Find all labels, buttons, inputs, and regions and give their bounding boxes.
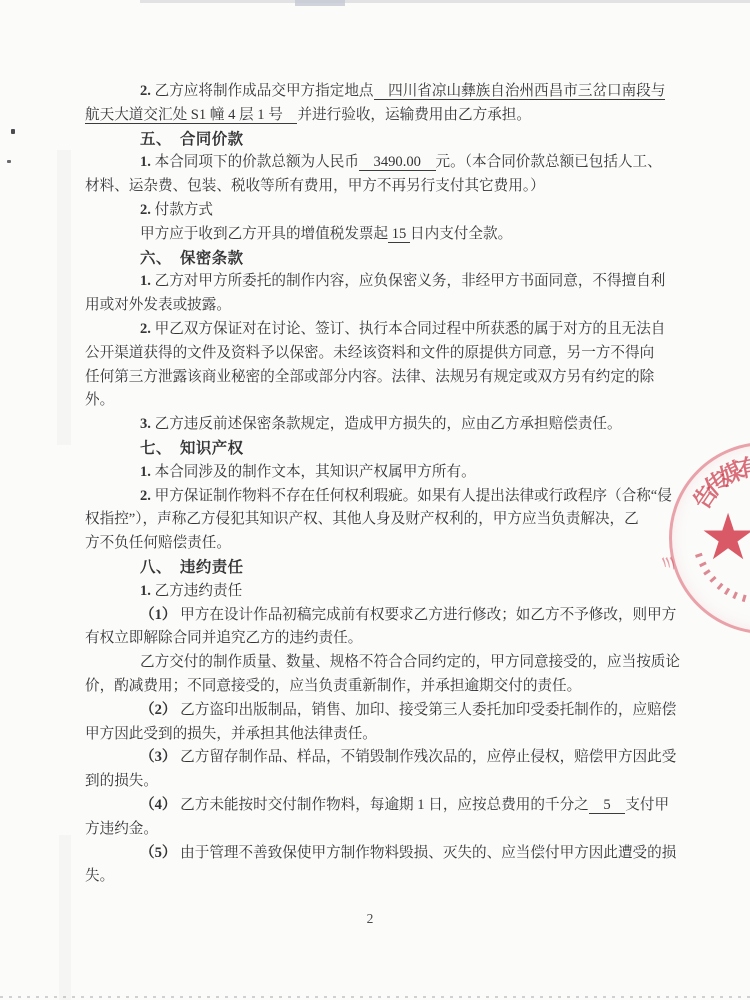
seal-tick xyxy=(710,576,717,582)
text-segment: 甲方保证制作物料不存在任何权利瑕疵。如果有人提出法律或行政程序（合称“侵 xyxy=(155,488,672,504)
seal-text-char: 有 xyxy=(734,448,750,485)
text-line: 公开渠道获得的文件及资料予以保密。未经该资料和文件的原提供方同意，另一方不得向 xyxy=(85,342,685,366)
fill-in-value: 5 xyxy=(589,797,626,814)
list-number: 1. xyxy=(140,464,155,480)
text-segment: 用或对外发表或披露。 xyxy=(85,297,231,313)
section-heading: 五、 合同价款 xyxy=(85,128,685,152)
text-segment: 乙方交付的制作质量、数量、规格不符合合同约定的，甲方同意接受的，应当按质论 xyxy=(140,654,680,670)
text-line: 有权立即解除合同并追究乙方的违约责任。 xyxy=(85,627,685,651)
text-line: 乙方交付的制作质量、数量、规格不符合合同约定的，甲方同意接受的，应当按质论 xyxy=(85,651,685,675)
seal-tick xyxy=(699,561,706,566)
list-number: 2. xyxy=(140,202,155,218)
text-segment: 乙方留存制作品、样品，不销毁制作残次品的，应停止侵权，赔偿甲方因此受 xyxy=(177,749,677,765)
text-segment: 甲方在设计作品初稿完成前有权要求乙方进行修改；如乙方不予修改，则甲方 xyxy=(177,607,677,623)
text-segment: 支付甲 xyxy=(625,797,669,813)
list-number: 2. xyxy=(140,83,155,99)
text-segment: 甲方因此受到的损失，并承担其他法律责任。 xyxy=(85,726,377,742)
text-line: 1. 乙方违约责任 xyxy=(85,580,685,604)
text-segment: 并进行验收，运输费用由乙方承担。 xyxy=(297,107,531,123)
text-segment: 甲乙双方保证对在讨论、签订、执行本合同过程中所获悉的属于对方的且无法自 xyxy=(155,321,666,337)
text-line: （3） 乙方留存制作品、样品，不销毁制作残次品的，应停止侵权，赔偿甲方因此受 xyxy=(85,746,685,770)
text-segment: 失。 xyxy=(85,868,114,884)
text-line: 航天大道交汇处 S1 幢 4 层 1 号 并进行验收，运输费用由乙方承担。 xyxy=(85,104,685,128)
list-number: 2. xyxy=(140,488,155,504)
scan-artifact-speck xyxy=(11,129,15,134)
text-segment: 公开渠道获得的文件及资料予以保密。未经该资料和文件的原提供方同意，另一方不得向 xyxy=(85,345,654,361)
list-number: 2. xyxy=(140,321,155,337)
text-segment: 乙方违反前述保密条款规定，造成甲方损失的，应由乙方承担赔偿责任。 xyxy=(155,416,622,432)
text-segment: 外。 xyxy=(85,392,114,408)
text-line: 价，酌减费用；不同意接受的，应当负责重新制作，并承担逾期交付的责任。 xyxy=(85,675,685,699)
text-segment: 甲方应于收到乙方开具的增值税发票起 xyxy=(140,226,388,242)
seal-tick xyxy=(696,553,703,557)
text-line: 2. 付款方式 xyxy=(85,199,685,223)
text-segment: 到的损失。 xyxy=(85,773,158,789)
text-segment: 方违约金。 xyxy=(85,821,158,837)
section-heading: 七、 知识产权 xyxy=(85,437,685,461)
seal-text-char: 媒 xyxy=(714,452,749,492)
text-line: 任何第三方泄露该商业秘密的全部或部分内容。法律、法规另有规定或双方另有约定的除 xyxy=(85,366,685,390)
contract-scanned-page: 2. 乙方应将制作成品交甲方指定地点 四川省凉山彝族自治州西昌市三岔口南段与航天… xyxy=(0,0,750,1000)
fill-in-value: 四川省凉山彝族自治州西昌市三岔口南段与 xyxy=(374,83,666,100)
list-number: 1. xyxy=(140,583,155,599)
text-segment: 材料、运杂费、包装、税收等所有费用，甲方不再另行支付其它费用。） xyxy=(85,178,545,194)
fill-in-value: 航天大道交汇处 S1 幢 4 层 1 号 xyxy=(85,107,297,124)
text-segment: 六、 保密条款 xyxy=(140,250,244,267)
text-segment: 本合同项下的价款总额为人民币 xyxy=(155,154,359,170)
text-line: 1. 本合同涉及的制作文本，其知识产权属甲方所有。 xyxy=(85,461,685,485)
list-number: （5） xyxy=(140,845,177,861)
text-line: （2） 乙方盗印出版制品，销售、加印、接受第三人委托加印受委托制作的，应赔偿 xyxy=(85,699,685,723)
text-line: 方不负任何赔偿责任。 xyxy=(85,532,685,556)
text-line: 2. 甲方保证制作物料不存在任何权利瑕疵。如果有人提出法律或行政程序（合称“侵 xyxy=(85,485,685,509)
text-line: 2. 甲乙双方保证对在讨论、签订、执行本合同过程中所获悉的属于对方的且无法自 xyxy=(85,318,685,342)
section-heading: 六、 保密条款 xyxy=(85,247,685,271)
text-line: 甲方因此受到的损失，并承担其他法律责任。 xyxy=(85,723,685,747)
list-number: 3. xyxy=(140,416,155,432)
text-line: 1. 本合同项下的价款总额为人民币 3490.00 元。（本合同价款总额已包括人… xyxy=(85,151,685,175)
text-segment: 权指控”），声称乙方侵犯其知识产权、其他人身及财产权利的，甲方应当负责解决，乙 xyxy=(85,511,639,527)
seal-tick xyxy=(717,582,723,589)
text-segment: 七、 知识产权 xyxy=(140,440,244,457)
scan-artifact-top-blob xyxy=(295,0,345,6)
list-number: （3） xyxy=(140,749,177,765)
text-segment: 任何第三方泄露该商业秘密的全部或部分内容。法律、法规另有规定或双方另有约定的除 xyxy=(85,369,654,385)
text-line: 2. 乙方应将制作成品交甲方指定地点 四川省凉山彝族自治州西昌市三岔口南段与 xyxy=(85,80,685,104)
list-number: 1. xyxy=(140,154,155,170)
text-line: 用或对外发表或披露。 xyxy=(85,294,685,318)
seal-tick xyxy=(742,595,746,602)
text-segment: 乙方违约责任 xyxy=(155,583,243,599)
text-line: 3. 乙方违反前述保密条款规定，造成甲方损失的，应由乙方承担赔偿责任。 xyxy=(85,413,685,437)
text-segment: 五、 合同价款 xyxy=(140,131,244,148)
text-segment: 价，酌减费用；不同意接受的，应当负责重新制作，并承担逾期交付的责任。 xyxy=(85,678,581,694)
text-segment: 本合同涉及的制作文本，其知识产权属甲方所有。 xyxy=(155,464,476,480)
text-line: 甲方应于收到乙方开具的增值税发票起 15 日内支付全款。 xyxy=(85,223,685,247)
seal-tick xyxy=(733,592,738,599)
text-line: 外。 xyxy=(85,389,685,413)
text-segment: 八、 违约责任 xyxy=(140,559,244,576)
text-segment: 元。（本合同价款总额已包括人工、 xyxy=(436,154,662,170)
contract-body: 2. 乙方应将制作成品交甲方指定地点 四川省凉山彝族自治州西昌市三岔口南段与航天… xyxy=(85,80,685,889)
text-line: （1） 甲方在设计作品初稿完成前有权要求乙方进行修改；如乙方不予修改，则甲方 xyxy=(85,604,685,628)
text-line: 方违约金。 xyxy=(85,818,685,842)
text-line: （4） 乙方未能按时交付制作物料，每逾期 1 日，应按总费用的千分之 5 支付甲 xyxy=(85,794,685,818)
text-segment: 方不负任何赔偿责任。 xyxy=(85,535,231,551)
text-segment: 付款方式 xyxy=(155,202,213,218)
list-number: 1. xyxy=(140,273,155,289)
text-line: （5） 由于管理不善致保使甲方制作物料毁损、灭失的、应当偿付甲方因此遭受的损 xyxy=(85,842,685,866)
text-segment: 日内支付全款。 xyxy=(410,226,512,242)
scan-artifact-streak xyxy=(57,150,71,445)
scan-artifact-dotted-edge xyxy=(0,996,750,998)
text-segment: 乙方未能按时交付制作物料，每逾期 1 日，应按总费用的千分之 xyxy=(177,797,589,813)
text-line: 失。 xyxy=(85,865,685,889)
fill-in-value: 15 xyxy=(388,226,410,243)
list-number: （2） xyxy=(140,702,177,718)
list-number: （1） xyxy=(140,607,177,623)
text-line: 权指控”），声称乙方侵犯其知识产权、其他人身及财产权利的，甲方应当负责解决，乙 xyxy=(85,508,685,532)
scan-artifact-streak xyxy=(59,835,71,1000)
scan-artifact-speck xyxy=(7,160,11,163)
page-number: 2 xyxy=(360,911,380,927)
text-line: 到的损失。 xyxy=(85,770,685,794)
fill-in-value: 3490.00 xyxy=(359,154,436,171)
section-heading: 八、 违约责任 xyxy=(85,556,685,580)
seal-text-char: 告 xyxy=(684,477,724,515)
text-segment: 由于管理不善致保使甲方制作物料毁损、灭失的、应当偿付甲方因此遭受的损 xyxy=(177,845,677,861)
star-icon: ★ xyxy=(699,501,750,575)
text-line: 材料、运杂费、包装、税收等所有费用，甲方不再另行支付其它费用。） xyxy=(85,175,685,199)
seal-text-char: 传 xyxy=(697,462,736,502)
text-line: 1. 乙方对甲方所委托的制作内容，应负保密义务，非经甲方书面同意，不得擅自利 xyxy=(85,270,685,294)
seal-tick xyxy=(704,569,711,575)
text-segment: 乙方盗印出版制品，销售、加印、接受第三人委托加印受委托制作的，应赔偿 xyxy=(177,702,677,718)
list-number: （4） xyxy=(140,797,177,813)
text-segment: 乙方对甲方所委托的制作内容，应负保密义务，非经甲方书面同意，不得擅自利 xyxy=(155,273,666,289)
seal-tick xyxy=(724,588,730,595)
scan-artifact-top-line xyxy=(140,0,750,3)
text-segment: 乙方应将制作成品交甲方指定地点 xyxy=(155,83,374,99)
text-segment: 有权立即解除合同并追究乙方的违约责任。 xyxy=(85,630,362,646)
